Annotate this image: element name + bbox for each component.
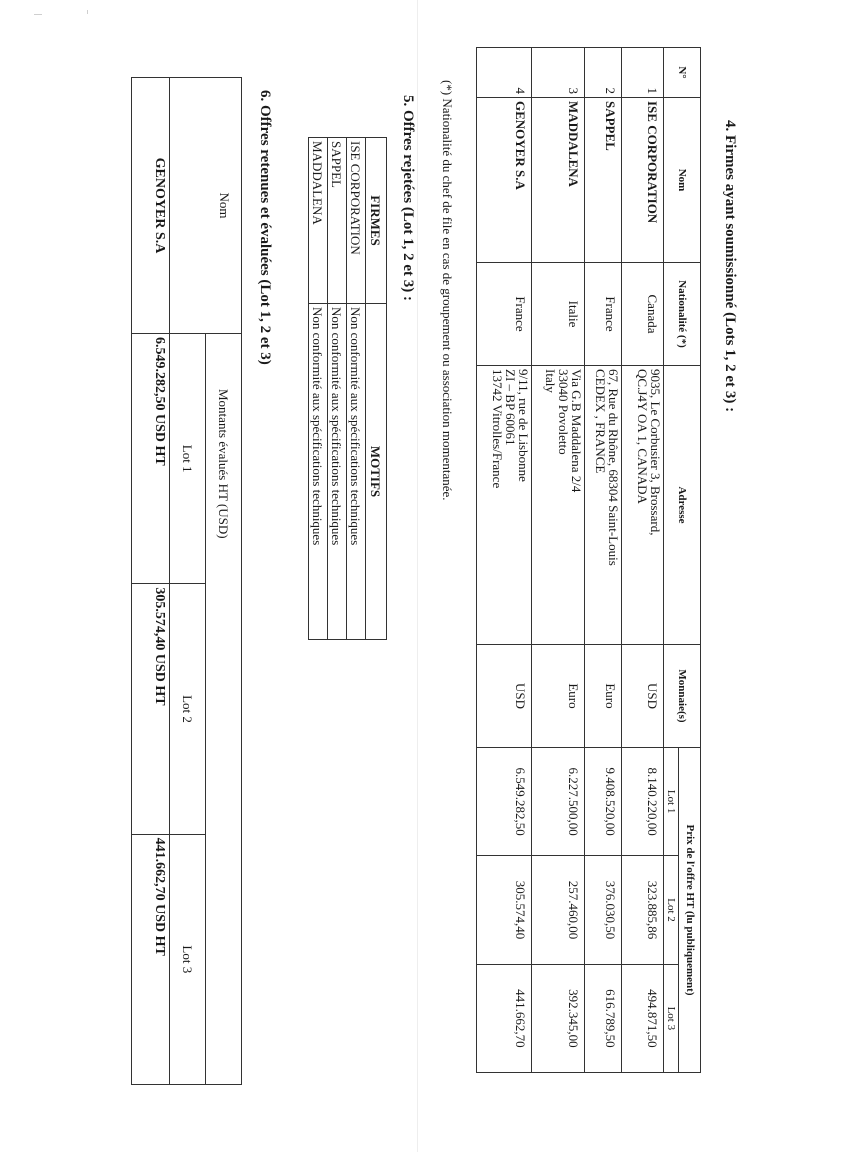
cell-no: 2 [585,48,622,98]
cell-nationalite: Italie [532,263,585,366]
cell-nom: GENOYER S.A [477,98,532,263]
table-row: 4 GENOYER S.A France 9/11, rue de Lisbon… [477,48,532,1073]
table-row: 3 MADDALENA Italie Via G.B Maddalena 2/4… [532,48,585,1073]
cell-firme: ISE CORPORATION [347,138,366,304]
cell-lot3: 441.662,70 [477,964,532,1072]
section-6-title: 6. Offres retenues et évaluées (Lot 1, 2… [256,90,273,365]
section-4-title: 4. Firmes ayant soumissionné (Lots 1, 2 … [721,120,738,412]
header-nationalite: Nationalité (*) [664,263,701,366]
cell-no: 1 [622,48,664,98]
cell-nationalite: France [477,263,532,366]
table-row: MADDALENA Non conformité aux spécificati… [309,138,328,640]
rejected-offers-table: FIRMES MOTIFS ISE CORPORATION Non confor… [308,137,387,640]
header-motifs: MOTIFS [366,304,387,640]
address-line: 13742 Vitrolles/France [491,369,504,641]
scan-artifact-line [417,0,418,1152]
cell-nationalite: Canada [622,263,664,366]
table-row: 2 SAPPEL France 67, Rue du Rhône, 68304 … [585,48,622,1073]
cell-lot2: 305.574,40 USD HT [132,584,170,834]
nationality-footnote: (*) Nationalité du chef de file en cas d… [439,80,455,501]
cell-nom: GENOYER S.A [132,78,170,334]
header-no: N° [664,48,701,98]
cell-lot1: 6.227.500,00 [532,748,585,856]
cell-nom: SAPPEL [585,98,622,263]
address-line: Via G.B Maddalena 2/4 [570,369,583,641]
address-line: 9/11, rue de Lisbonne [517,369,530,641]
section-5-title: 5. Offres rejetées (Lot 1, 2 et 3) : [399,95,416,301]
cell-lot2: 305.574,40 [477,856,532,964]
table-row: 1 ISE CORPORATION Canada 9035, Le Corbus… [622,48,664,1073]
header-nom: Nom [170,78,242,334]
header-monnaie: Monnaie(s) [664,645,701,748]
header-lot1: Lot 1 [664,748,679,856]
cell-adresse: 9035, Le Corbusier 3, Brossard,QC.J4Y OA… [622,366,664,645]
cell-lot3: 392.345,00 [532,964,585,1072]
cell-lot2: 257.460,00 [532,856,585,964]
cell-lot1: 6.549.282,50 [477,748,532,856]
table-row: SAPPEL Non conformité aux spécifications… [328,138,347,640]
cell-lot2: 376.030,50 [585,856,622,964]
cell-lot1: 9.408.520,00 [585,748,622,856]
cell-motif: Non conformité aux spécifications techni… [309,304,328,640]
header-lot2: Lot 2 [170,584,206,834]
cell-monnaie: USD [622,645,664,748]
cell-lot3: 441.662,70 USD HT [132,834,170,1084]
cell-nationalite: France [585,263,622,366]
cell-lot3: 494.871,50 [622,964,664,1072]
cell-motif: Non conformité aux spécifications techni… [347,304,366,640]
cell-nom: MADDALENA [532,98,585,263]
header-lot1: Lot 1 [170,334,206,584]
header-adresse: Adresse [664,366,701,645]
header-prix: Prix de l'offre HT (lu publiquement) [679,748,701,1073]
cell-lot1: 6.549.282,50 USD HT [132,334,170,584]
cell-nom: ISE CORPORATION [622,98,664,263]
cell-monnaie: USD [477,645,532,748]
cell-adresse: 9/11, rue de LisbonneZI – BP 6006113742 … [477,366,532,645]
address-line: ZI – BP 60061 [504,369,517,641]
header-nom: Nom [664,98,701,263]
scanned-document-page: 4. Firmes ayant soumissionné (Lots 1, 2 … [0,0,850,1152]
table-row: ISE CORPORATION Non conformité aux spéci… [347,138,366,640]
header-lot2: Lot 2 [664,856,679,964]
address-line: 33040 Povoletto [557,369,570,641]
header-montants: Montants évalués HT (USD) [206,334,242,1085]
address-line: 9035, Le Corbusier 3, Brossard, [649,369,662,641]
header-lot3: Lot 3 [664,964,679,1072]
cell-adresse: 67, Rue du Rhône, 68304 Saint-LouisCEDEX… [585,366,622,645]
cell-no: 3 [532,48,585,98]
cell-adresse: Via G.B Maddalena 2/433040 PovolettoItal… [532,366,585,645]
cell-lot1: 8.140.220,00 [622,748,664,856]
retained-offers-table: Nom Montants évalués HT (USD) Lot 1 Lot … [131,77,242,1085]
cell-lot3: 616.789,50 [585,964,622,1072]
bidders-table: N° Nom Nationalité (*) Adresse Monnaie(s… [476,47,701,1073]
scan-mark [87,10,88,14]
cell-firme: SAPPEL [328,138,347,304]
cell-monnaie: Euro [532,645,585,748]
scan-mark [34,14,42,15]
cell-motif: Non conformité aux spécifications techni… [328,304,347,640]
address-line: 67, Rue du Rhône, 68304 Saint-Louis [607,369,620,641]
table-row: GENOYER S.A 6.549.282,50 USD HT 305.574,… [132,78,170,1085]
cell-firme: MADDALENA [309,138,328,304]
cell-no: 4 [477,48,532,98]
header-firmes: FIRMES [366,138,387,304]
cell-lot2: 323.885,86 [622,856,664,964]
cell-monnaie: Euro [585,645,622,748]
header-lot3: Lot 3 [170,834,206,1084]
